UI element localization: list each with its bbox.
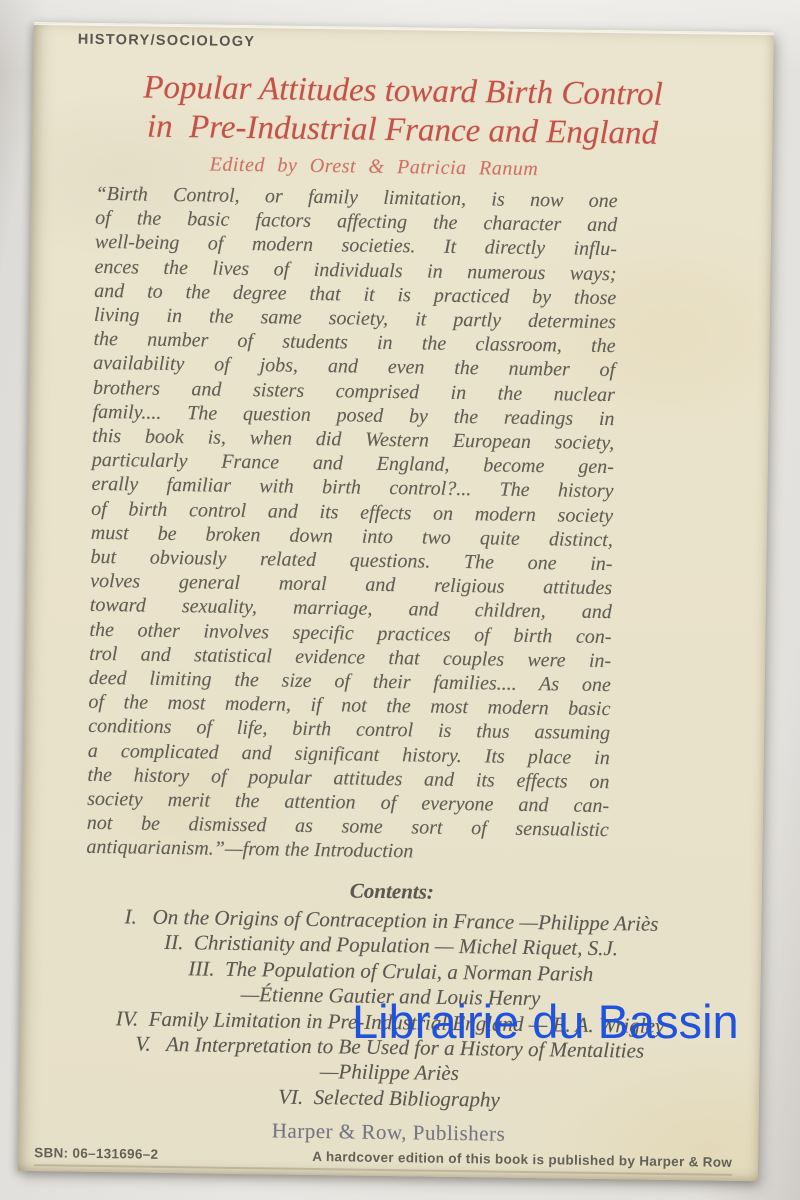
sbn-number: SBN: 06–131696–2	[34, 1145, 158, 1162]
title-block: Popular Attitudes toward Birth Control i…	[32, 67, 773, 184]
byline: Edited by Orest & Patricia Ranum	[4, 151, 744, 184]
publisher-line: Harper & Row, Publishers	[18, 1115, 758, 1150]
footer-bar: SBN: 06–131696–2 A hardcover edition of …	[34, 1145, 732, 1176]
introduction-quote: “Birth Control, or family limitation, is…	[86, 182, 617, 867]
category-label: HISTORY/SOCIOLOGY	[78, 32, 256, 50]
photo-backdrop: HISTORY/SOCIOLOGY Popular Attitudes towa…	[0, 0, 800, 1200]
hardcover-note: A hardcover edition of this book is publ…	[312, 1149, 732, 1170]
bookseller-watermark: Librairie du Bassin	[352, 998, 739, 1045]
